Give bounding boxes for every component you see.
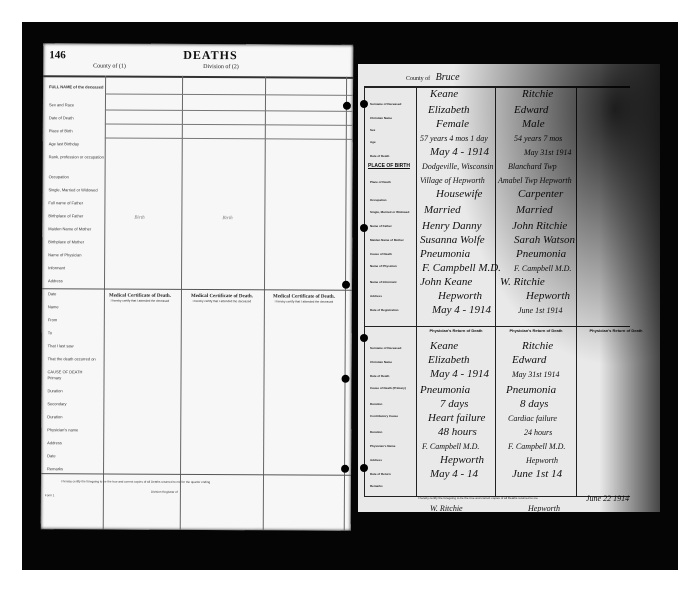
entry-marital-status: Married [424,204,461,216]
medical-certificate-heading: Medical Certificate of Death. I hereby c… [182,294,262,303]
field-label: Maiden Name of Mother [370,238,414,242]
field-label: Surname of Deceased [370,102,414,106]
entry-place-of-birth: Dodgeville, Wisconsin [422,162,494,171]
field-label: Age [370,140,414,144]
field-label: Cause of Death [370,252,414,256]
return-duration: 8 days [520,398,548,410]
entry-physician: F. Campbell M.D. [514,264,571,273]
section-rule [364,326,630,327]
entry-physician: F. Campbell M.D. [422,262,501,274]
field-label: FULL NAME of the deceased [49,85,105,103]
physician-return-heading: Physician's Return of Death [576,328,656,333]
field-label: Contributory Cause [370,414,414,418]
registrar-signature: W. Ritchie [430,504,463,513]
entry-place-of-birth: Blanchard Twp [508,162,557,171]
column-divider [416,86,417,496]
return-secondary-cause: Heart failure [428,412,485,424]
binding-hole [342,375,350,383]
field-label: Date of Death [370,154,414,158]
return-physician: F. Campbell M.D. [422,442,479,451]
field-label: Duration [370,402,414,406]
return-date-of-death: May 31st 1914 [512,370,560,379]
header-rule [364,86,630,88]
certificate-labels: Name From To That I last saw That the de… [47,305,104,480]
field-label: Christian Name [370,116,414,120]
field-label: Physician's Name [370,444,414,448]
field-label: Sex [370,128,414,132]
left-register-page: 146 DEATHS County of (1) Division of (2)… [41,43,354,531]
entry-marital-status: Married [516,204,553,216]
return-duration: 7 days [440,398,468,410]
field-label: Place of Death [370,180,414,184]
field-label: Date of Registration [370,308,414,312]
field-label: Address [48,279,104,292]
entry-mother: Sarah Watson [514,234,575,246]
physician-return-heading: Physician's Return of Death [496,328,576,333]
binding-hole [341,465,349,473]
binding-hole [343,102,351,110]
return-date-of-death: May 4 - 1914 [430,368,489,380]
field-label: Cause of Death (Primary) [370,386,414,390]
return-secondary-cause: Cardiac failure [508,414,557,423]
county-value: Bruce [436,72,460,83]
entry-age: 57 years 4 mos 1 day [420,134,488,143]
place-of-birth-label: PLACE OF BIRTH [368,163,410,169]
entry-age: 54 years 7 mos [514,134,562,143]
return-surname: Ritchie [522,340,553,352]
field-label: Name of Physician [370,264,414,268]
entry-cause: Pneumonia [420,248,470,260]
return-date: June 1st 14 [512,468,562,480]
field-label: Rank, profession or occupation [49,155,105,175]
entry-informant: John Keane [420,276,472,288]
entry-surname: Ritchie [522,88,553,100]
return-address: Hepworth [526,456,558,465]
field-label: Occupation [370,198,414,202]
entry-mother: Susanna Wolfe [420,234,485,246]
entry-date-of-death: May 31st 1914 [524,148,572,157]
pencil-note: Birth [222,216,232,221]
field-label: Duration [370,430,414,434]
binding-hole [360,464,368,472]
entry-place-of-death: Amabel Twp Hepworth [498,176,572,185]
physician-return-heading: Physician's Return of Death [416,328,496,333]
column-divider [344,77,347,531]
field-label: Date of Death [370,374,414,378]
column-divider [495,86,496,496]
return-physician: F. Campbell M.D. [508,442,565,451]
return-primary-cause: Pneumonia [420,384,470,396]
entry-sex: Male [522,118,545,130]
entry-occupation: Housewife [436,188,482,200]
field-label: Address [47,441,103,454]
return-primary-cause: Pneumonia [506,384,556,396]
entry-informant: W. Ritchie [500,276,545,288]
division-label: Division of (2) [203,64,239,70]
entry-address: Hepworth [438,290,482,302]
county-label: County of (1) [93,63,126,69]
entry-father: John Ritchie [512,220,567,232]
entry-christian-name: Elizabeth [428,104,470,116]
return-address: Hepworth [440,454,484,466]
entry-occupation: Carpenter [518,188,563,200]
entry-address: Hepworth [526,290,570,302]
return-date: May 4 - 14 [430,468,478,480]
field-label: Remarks [370,484,414,488]
field-label: Name of Father [370,224,414,228]
binding-hole [342,281,350,289]
field-label: Address [370,294,414,298]
registrar-place: Hepworth [528,504,560,513]
return-christian-name: Edward [512,354,546,366]
entry-christian-name: Edward [514,104,548,116]
form-note: Form 1 [45,493,115,503]
field-label: Date of Return [370,472,414,476]
return-surname: Keane [430,340,458,352]
header-rule [43,75,353,79]
pencil-note: Birth [134,216,144,221]
quarter-date: June 22 1914 [586,494,629,503]
field-label: Address [370,458,414,462]
row-rule [105,124,353,126]
entry-father: Henry Danny [422,220,482,232]
return-christian-name: Elizabeth [428,354,470,366]
field-labels: FULL NAME of the deceased Sex and Race D… [48,85,105,305]
field-label: Single, Married or Widowed [370,210,414,214]
footer-registrar: Division Registrar of [151,490,251,495]
medical-certificate-heading: Medical Certificate of Death. I hereby c… [100,293,180,302]
page-title: DEATHS [183,48,238,63]
field-label: Surname of Deceased [370,346,414,350]
entry-cause: Pneumonia [516,248,566,260]
column-divider [364,86,365,496]
field-label: Name of Informant [370,280,414,284]
right-register-page: County of Bruce Surname of Deceased Chri… [358,64,660,512]
county-heading: County of Bruce [406,72,460,83]
entry-registration-date: May 4 - 1914 [432,304,491,316]
row-rule [105,94,353,96]
column-divider [576,86,577,496]
field-label: Christian Name [370,360,414,364]
entry-place-of-death: Village of Hepworth [420,176,485,185]
field-label: From [48,318,104,331]
medical-certificate-heading: Medical Certificate of Death. I hereby c… [264,294,344,303]
return-secondary-duration: 48 hours [438,426,477,438]
binding-hole [360,100,368,108]
row-rule [105,138,353,140]
binding-hole [360,334,368,342]
return-secondary-duration: 24 hours [524,428,552,437]
entry-date-of-death: May 4 - 1914 [430,146,489,158]
entry-registration-date: June 1st 1914 [518,306,562,315]
entry-sex: Female [436,118,469,130]
entry-surname: Keane [430,88,458,100]
page-number: 146 [49,49,66,61]
row-rule [105,110,353,112]
binding-hole [360,224,368,232]
